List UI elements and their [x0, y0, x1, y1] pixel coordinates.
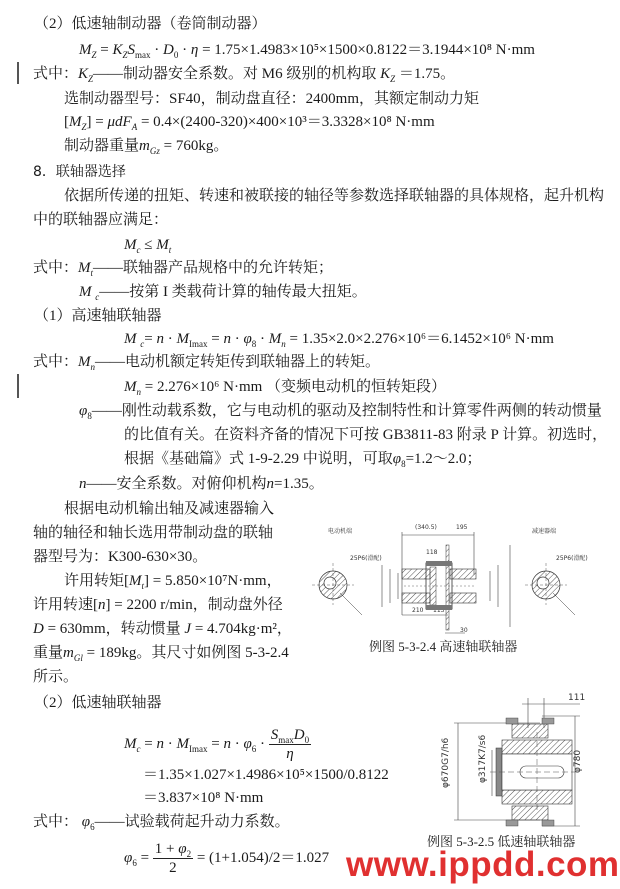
mn-desc: ——电动机额定转矩传到联轴器上的转矩。 — [95, 354, 380, 370]
rated-torque-value: = 0.4×(2400-320)×400×10³＝3.3328×10⁸ N·mm — [141, 114, 435, 130]
low-speed-coupling-drawing: 111 φ670G7/h6 φ317K7/s6 φ780 — [430, 688, 610, 828]
brake-weight: 制动器重量mGz = 760kg。 — [64, 136, 228, 156]
formula-mc-low: Mc = n · MImax = n · φ6 · SmaxD0 η — [124, 724, 311, 764]
section-heading-low-speed-coupling: （2）低速轴联轴器 — [34, 693, 162, 713]
where-mt: 式中：Mt——联轴器产品规格中的允许转矩； — [33, 258, 333, 278]
formula-mc-low-line2: ＝1.35×1.027×1.4986×10⁵×1500/0.8122 — [143, 765, 389, 785]
mn-value: Mn = 2.276×10⁶ N·mm （变频电动机的恒转矩段） — [124, 377, 446, 397]
coupling-intro-2: 中的联轴器应满足： — [33, 210, 168, 230]
mt-desc: ——联轴器产品规格中的允许转矩； — [93, 260, 333, 276]
figure-caption-5-3-2-4: 例图 5-3-2.4 高速轴联轴器 — [369, 636, 517, 655]
brake-weight-value: = 760kg。 — [164, 138, 229, 154]
coupling-para-5: 许用转速[n] = 2200 r/min，制动盘外径 — [33, 595, 283, 615]
svg-text:(340.5): (340.5) — [415, 524, 437, 531]
svg-text:111: 111 — [568, 693, 585, 703]
watermark: www.ippdd.com — [346, 845, 620, 885]
where-phi6: 式中： φ6——试验载荷起升动力系数。 — [33, 812, 290, 832]
svg-text:φ780: φ780 — [573, 750, 583, 773]
high-speed-coupling-drawing: 电动机端 减速器端 (340.5) 195 118 210 113 30 25P… — [300, 505, 620, 640]
coupling-para-2: 轴的轴径和轴长选用带制动盘的联轴 — [33, 523, 273, 543]
selected-brake-model: 选制动器型号：SF40，制动盘直径：2400mm，其额定制动力矩 — [64, 89, 479, 109]
svg-text:电动机端: 电动机端 — [328, 527, 352, 535]
where-prefix: 式中： — [33, 66, 78, 82]
formula-mc-low-line3: ＝3.837×10⁸ N·mm — [143, 788, 263, 808]
revision-bar — [17, 62, 19, 84]
phi8-desc-2: 的比值有关。在资料齐备的情况下可按 GB3811-83 附录 P 计算。初选时， — [124, 425, 607, 445]
where-mc: M c——按第 I 类载荷计算的轴传最大扭矩。 — [79, 282, 367, 302]
coupling-para-1: 根据电动机输出轴及减速器输入 — [64, 499, 274, 519]
formula-mz-value: = 1.75×1.4983×10⁵×1500×0.8122＝3.1944×10⁸… — [202, 42, 535, 58]
phi8-desc-1: φ8——刚性动载系数，它与电动机的驱动及控制特性和计算零件两侧的转动惯量 — [79, 401, 602, 421]
formula-mc-high: M c= n · MImax = n · φ8 · Mn = 1.35×2.0×… — [124, 329, 554, 349]
section-heading-low-speed-brake: （2）低速轴制动器（卷筒制动器） — [34, 14, 267, 34]
formula-phi6: φ6 = 1 + φ2 2 = (1+1.054)/2＝1.027 — [124, 838, 329, 878]
svg-text:118: 118 — [426, 549, 438, 556]
formula-mz: MZ = KZSmax · D0 · η = 1.75×1.4983×10⁵×1… — [79, 40, 535, 60]
svg-text:减速器端: 减速器端 — [532, 527, 556, 535]
formula-mc-high-value: = 1.35×2.0×2.276×10⁶＝6.1452×10⁶ N·mm — [290, 331, 554, 347]
svg-text:25P6(滑配): 25P6(滑配) — [556, 554, 588, 562]
revision-bar — [17, 374, 19, 398]
section-heading-coupling: 8．联轴器选择 — [33, 162, 126, 182]
kz-value: ＝1.75。 — [399, 66, 455, 82]
mc-desc: ——按第 I 类载荷计算的轴传最大扭矩。 — [99, 284, 367, 300]
svg-text:φ670G7/h6: φ670G7/h6 — [441, 737, 451, 788]
coupling-para-6: D = 630mm，转动惯量 J = 4.704kg·m²， — [33, 619, 292, 639]
coupling-para-3: 器型号为：K300-630×30。 — [33, 547, 207, 567]
fraction-phi6: 1 + φ2 2 — [153, 840, 193, 877]
svg-text:210: 210 — [412, 607, 424, 614]
formula-rated-torque: [MZ] = μdFA = 0.4×(2400-320)×400×10³＝3.3… — [64, 112, 435, 132]
brake-weight-label: 制动器重量 — [64, 138, 139, 154]
fraction-smax-d0-eta: SmaxD0 η — [269, 726, 311, 763]
phi8-desc-3: 根据《基础篇》式 1-9-2.29 中说明，可取φ8=1.2～2.0； — [124, 449, 482, 469]
svg-text:195: 195 — [456, 524, 468, 531]
kz-desc: ——制动器安全系数。对 M6 级别的机构取 — [93, 66, 376, 82]
formula-condition: Mc ≤ Mt — [124, 235, 171, 255]
svg-text:25P6(滑配): 25P6(滑配) — [350, 554, 382, 562]
coupling-para-4: 许用转矩[Mt] = 5.850×10⁷N·mm， — [64, 571, 282, 591]
where-mn: 式中：Mn——电动机额定转矩传到联轴器上的转矩。 — [33, 352, 380, 372]
coupling-intro-1: 依据所传递的扭矩、转速和被联接的轴径等参数选择联轴器的具体规格，起升机构 — [64, 186, 604, 206]
n-desc: n——安全系数。对俯仰机构n=1.35。 — [79, 474, 324, 494]
section-heading-high-speed-coupling: （1）高速轴联轴器 — [34, 306, 162, 326]
svg-text:φ317K7/s6: φ317K7/s6 — [478, 735, 488, 783]
coupling-para-8: 所示。 — [33, 667, 78, 687]
where-kz: 式中：KZ——制动器安全系数。对 M6 级别的机构取 KZ ＝1.75。 — [33, 64, 455, 84]
coupling-para-7: 重量mGl = 189kg。其尺寸如例图 5-3-2.4 — [33, 643, 289, 663]
